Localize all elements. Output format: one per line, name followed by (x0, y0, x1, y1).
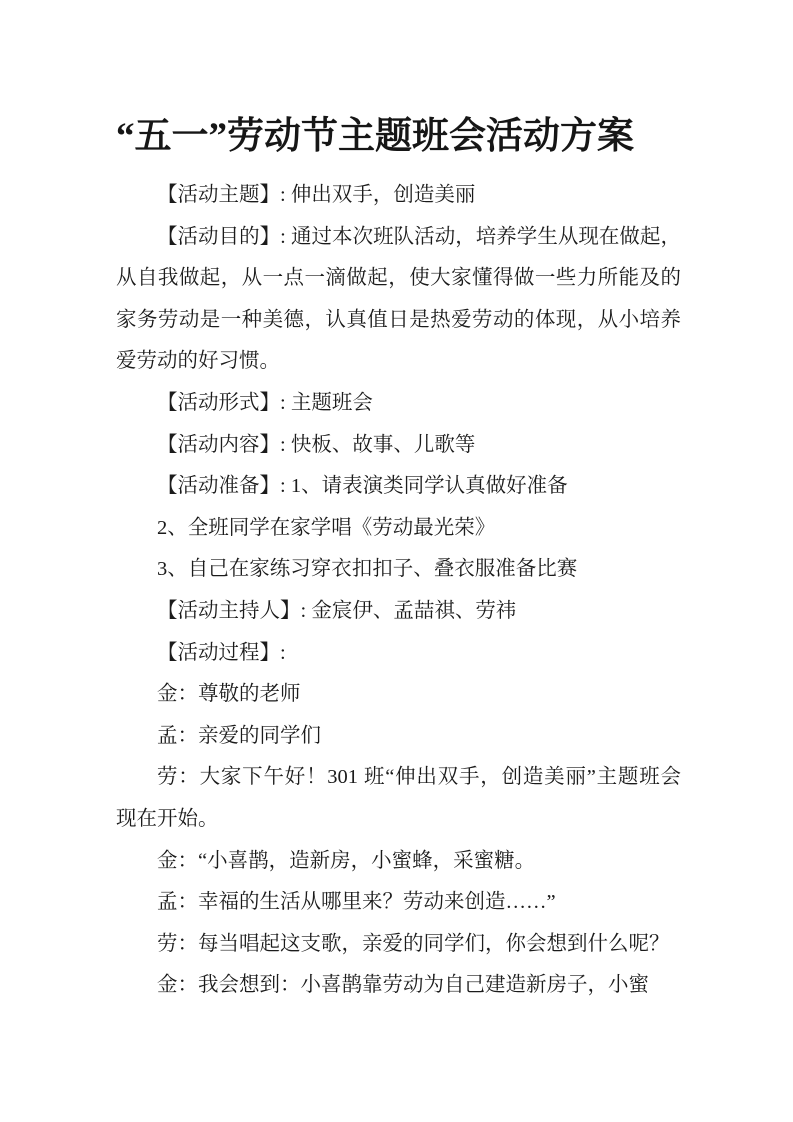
document-content: “五一”劳动节主题班会活动方案 【活动主题】: 伸出双手，创造美丽 【活动目的】… (0, 0, 793, 1007)
paragraph-activity-theme: 【活动主题】: 伸出双手，创造美丽 (116, 175, 681, 217)
paragraph-activity-format: 【活动形式】: 主题班会 (116, 383, 681, 425)
dialogue-line-meng-2: 孟：幸福的生活从哪里来？劳动来创造……” (116, 882, 681, 924)
dialogue-line-lao-1: 劳：大家下午好！301 班“伸出双手，创造美丽”主题班会现在开始。 (116, 757, 681, 840)
document-body: 【活动主题】: 伸出双手，创造美丽 【活动目的】: 通过本次班队活动，培养学生从… (116, 175, 681, 1007)
dialogue-line-jin-2: 金：“小喜鹊，造新房，小蜜蜂，采蜜糖。 (116, 841, 681, 883)
dialogue-line-meng-1: 孟：亲爱的同学们 (116, 716, 681, 758)
paragraph-activity-preparation: 【活动准备】: 1、请表演类同学认真做好准备 (116, 466, 681, 508)
dialogue-line-jin-1: 金：尊敬的老师 (116, 674, 681, 716)
paragraph-preparation-item-3: 3、自己在家练习穿衣扣扣子、叠衣服准备比赛 (116, 549, 681, 591)
paragraph-activity-purpose: 【活动目的】: 通过本次班队活动，培养学生从现在做起，从自我做起，从一点一滴做起… (116, 217, 681, 383)
paragraph-activity-hosts: 【活动主持人】: 金宸伊、孟喆祺、劳祎 (116, 591, 681, 633)
dialogue-line-jin-3: 金：我会想到：小喜鹊靠劳动为自己建造新房子，小蜜 (116, 965, 681, 1007)
dialogue-line-lao-2: 劳：每当唱起这支歌，亲爱的同学们，你会想到什么呢？ (116, 924, 681, 966)
paragraph-preparation-item-2: 2、全班同学在家学唱《劳动最光荣》 (116, 508, 681, 550)
document-page: “五一”劳动节主题班会活动方案 【活动主题】: 伸出双手，创造美丽 【活动目的】… (0, 0, 793, 1122)
document-title: “五一”劳动节主题班会活动方案 (116, 0, 681, 160)
paragraph-activity-process-heading: 【活动过程】: (116, 633, 681, 675)
paragraph-activity-content: 【活动内容】: 快板、故事、儿歌等 (116, 425, 681, 467)
